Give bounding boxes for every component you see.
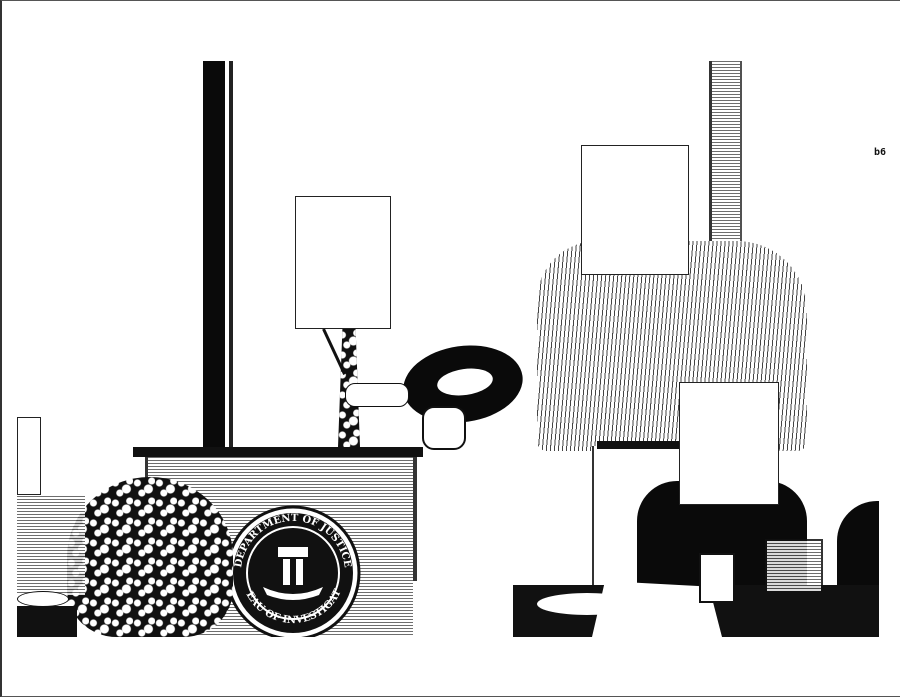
redaction-box-face-3	[679, 382, 779, 505]
person-foreground-head	[67, 477, 233, 637]
plate-left	[17, 591, 69, 607]
redaction-box-face-4	[17, 417, 41, 495]
table-left-dark	[17, 606, 77, 637]
pillar-left	[203, 61, 225, 449]
pillar-right	[709, 61, 742, 241]
fbi-seal: DEPARTMENT OF JUSTICE BUREAU OF INVESTIG…	[223, 501, 373, 637]
redaction-box-face-1	[295, 196, 391, 329]
hand-left	[345, 383, 409, 407]
podium-top	[133, 447, 423, 457]
photograph: DEPARTMENT OF JUSTICE BUREAU OF INVESTIG…	[17, 61, 879, 637]
exemption-code-label: b6	[874, 147, 886, 158]
person-left-edge	[17, 495, 85, 595]
hand-bottom	[422, 406, 466, 450]
scanned-page: DEPARTMENT OF JUSTICE BUREAU OF INVESTIG…	[0, 0, 900, 697]
cloth-bottom	[413, 581, 513, 637]
pillar-left-edge	[229, 61, 233, 449]
glass-2	[765, 539, 823, 593]
glass-1	[699, 553, 735, 603]
redaction-box-face-2	[581, 145, 689, 275]
